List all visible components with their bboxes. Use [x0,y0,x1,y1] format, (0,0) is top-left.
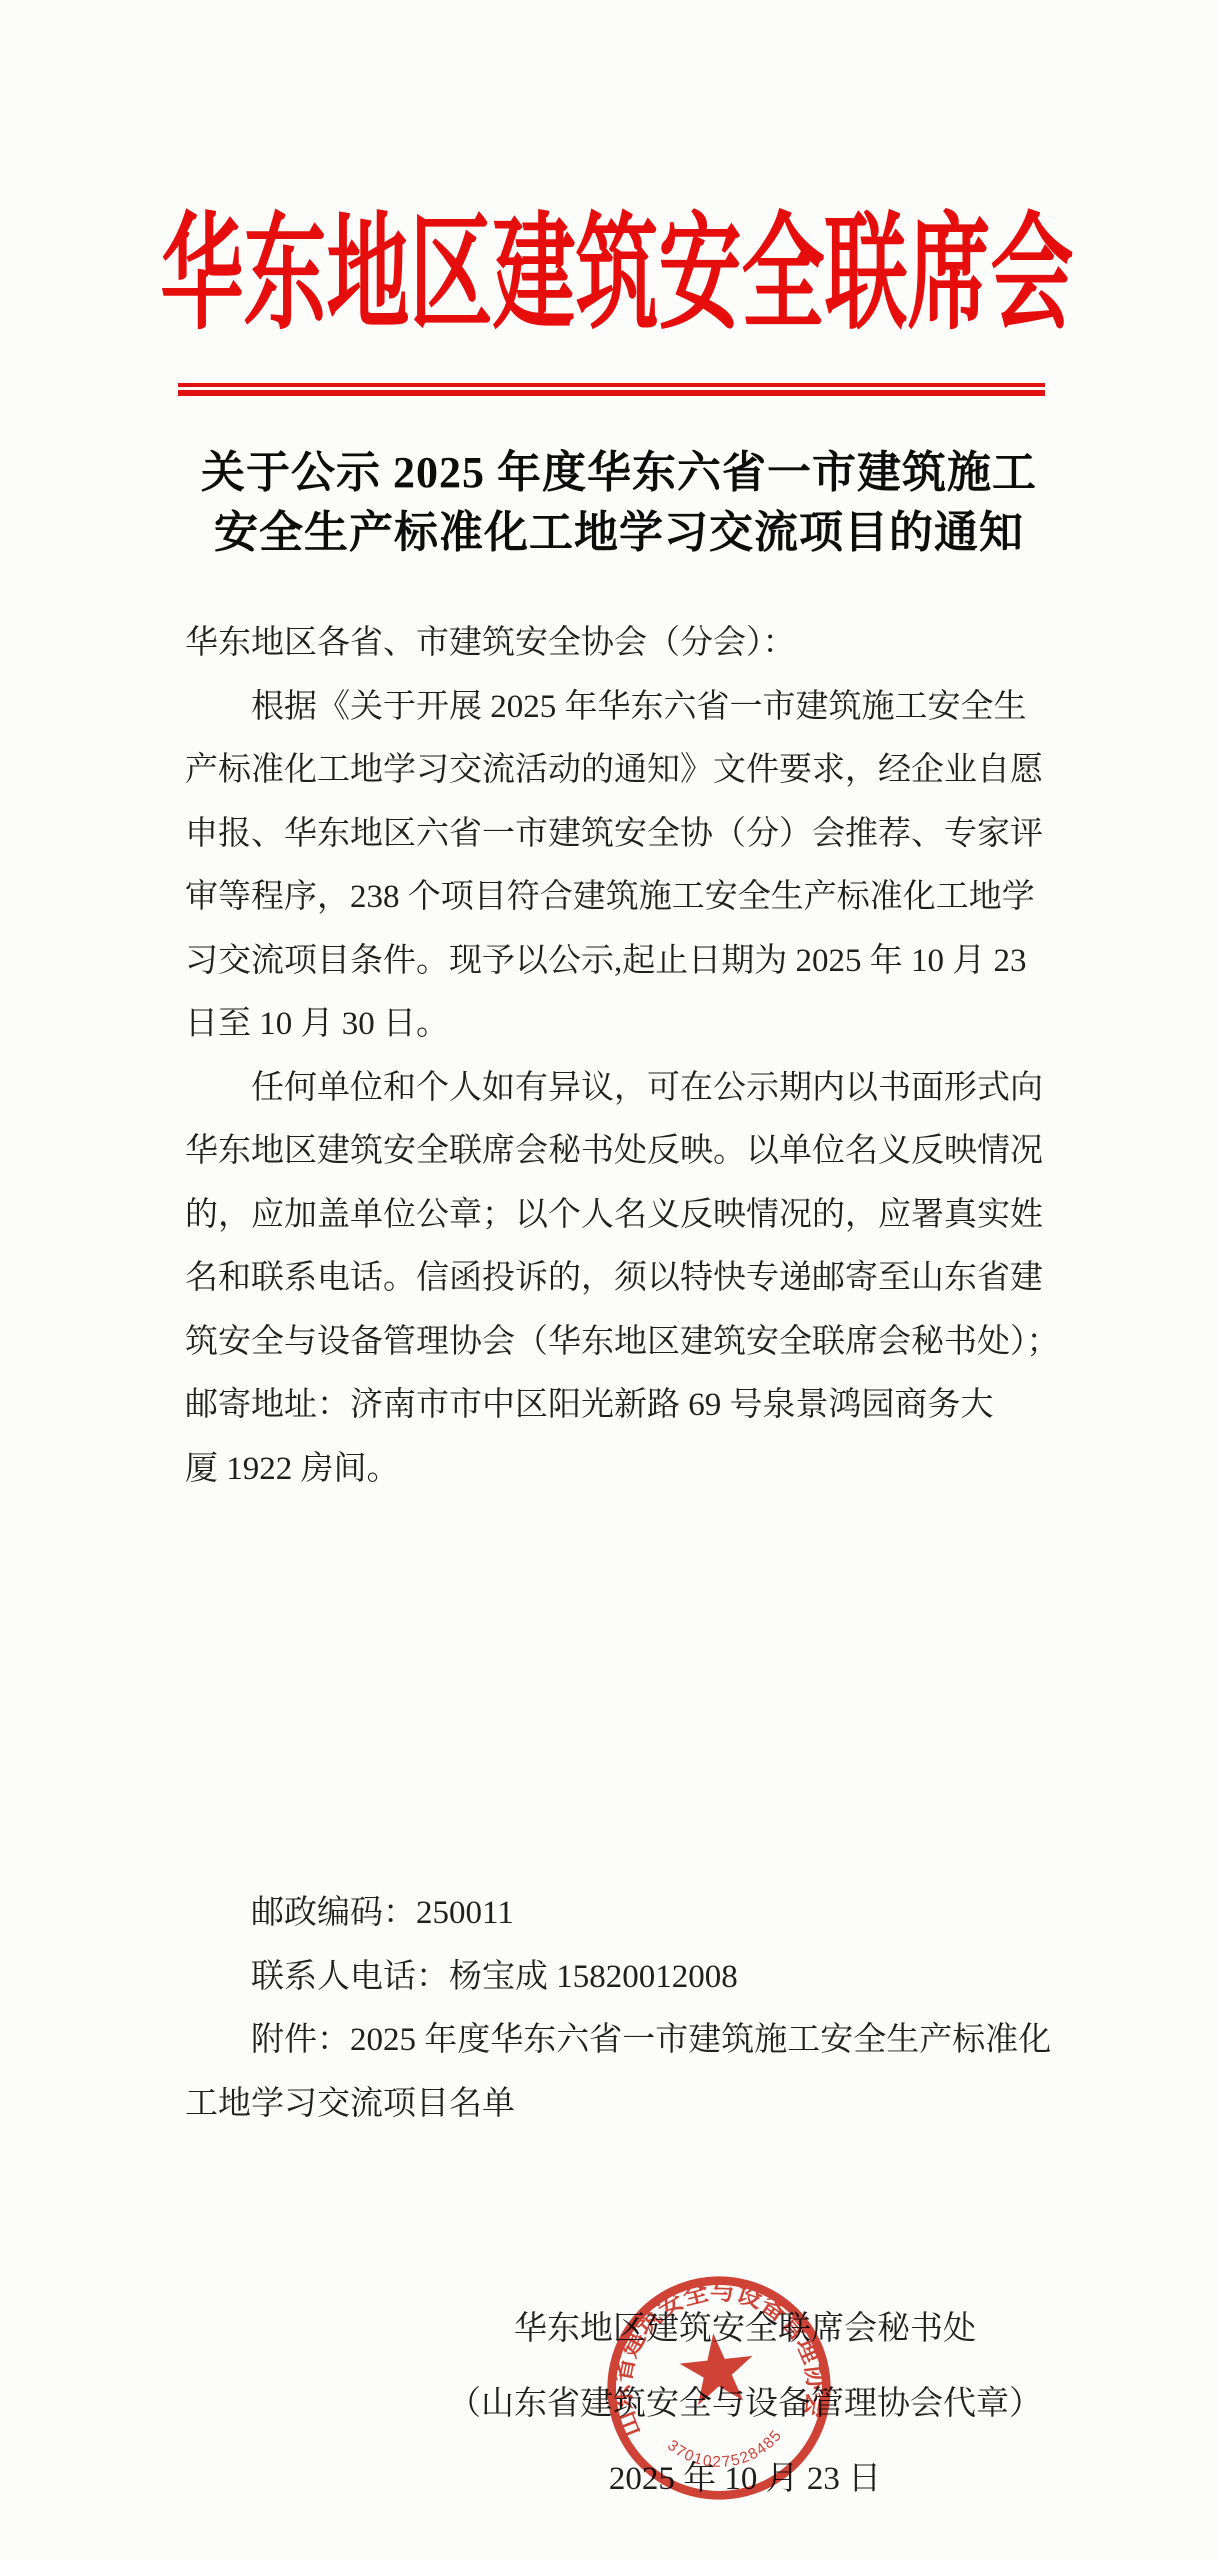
separator-thick-line [178,390,1045,396]
contact-text-line: 附件：2025 年度华东六省一市建筑施工安全生产标准化 [185,2009,1049,2073]
body-paragraphs: 华东地区各省、市建筑安全协会（分会）：根据《关于开展 2025 年华东六省一市建… [185,612,1049,1501]
svg-text:3701027528485: 3701027528485 [663,2425,789,2476]
seal-number: 3701027528485 [663,2425,789,2476]
document-body: 华东地区各省、市建筑安全协会（分会）：根据《关于开展 2025 年华东六省一市建… [185,612,1049,2136]
body-text-line: 审等程序，238 个项目符合建筑施工安全生产标准化工地学 [185,866,1049,930]
body-text-line: 华东地区各省、市建筑安全协会（分会）： [185,612,1049,676]
body-text-line: 名和联系电话。信函投诉的，须以特快专递邮寄至山东省建 [185,1247,1049,1311]
body-text-line: 日至 10 月 30 日。 [185,993,1049,1057]
contact-text-line: 邮政编码：250011 [185,1882,1049,1946]
document-title-line: 关于公示 2025 年度华东六省一市建筑施工 [112,443,1126,503]
body-text-line: 筑安全与设备管理协会（华东地区建筑安全联席会秘书处）； [185,1311,1049,1375]
contact-text-line: 工地学习交流项目名单 [185,2073,1049,2137]
contact-info: 邮政编码：250011联系人电话：杨宝成 15820012008附件：2025 … [185,1882,1049,2136]
letterhead: 华东地区建筑安全联席会 [0,212,1218,295]
body-text-line: 的，应加盖单位公章；以个人名义反映情况的，应署真实姓 [185,1184,1049,1248]
document-title-line: 安全生产标准化工地学习交流项目的通知 [112,503,1126,563]
contact-text-line: 联系人电话：杨宝成 15820012008 [185,1946,1049,2010]
vertical-gap [185,1501,1049,1882]
body-text-line: 邮寄地址：济南市市中区阳光新路 69 号泉景鸿园商务大 [185,1374,1049,1438]
star-icon [677,2329,757,2406]
document-title: 关于公示 2025 年度华东六省一市建筑施工安全生产标准化工地学习交流项目的通知 [92,443,1126,563]
body-text-line: 习交流项目条件。现予以公示,起止日期为 2025 年 10 月 23 [185,930,1049,994]
body-text-line: 根据《关于开展 2025 年华东六省一市建筑施工安全生 [185,676,1049,740]
body-text-line: 申报、华东地区六省一市建筑安全协（分）会推荐、专家评 [185,803,1049,867]
body-text-line: 产标准化工地学习交流活动的通知》文件要求，经企业自愿 [185,739,1049,803]
official-seal: 山东省建筑安全与设备管理协会 3701027528485 [592,2261,847,2516]
document-page: 华东地区建筑安全联席会 关于公示 2025 年度华东六省一市建筑施工安全生产标准… [0,0,1218,2560]
red-separator-rule [178,383,1045,396]
letterhead-title: 华东地区建筑安全联席会 [161,212,1074,338]
body-text-line: 任何单位和个人如有异议，可在公示期内以书面形式向 [185,1057,1049,1121]
body-text-line: 厦 1922 房间。 [185,1438,1049,1502]
body-text-line: 华东地区建筑安全联席会秘书处反映。以单位名义反映情况 [185,1120,1049,1184]
